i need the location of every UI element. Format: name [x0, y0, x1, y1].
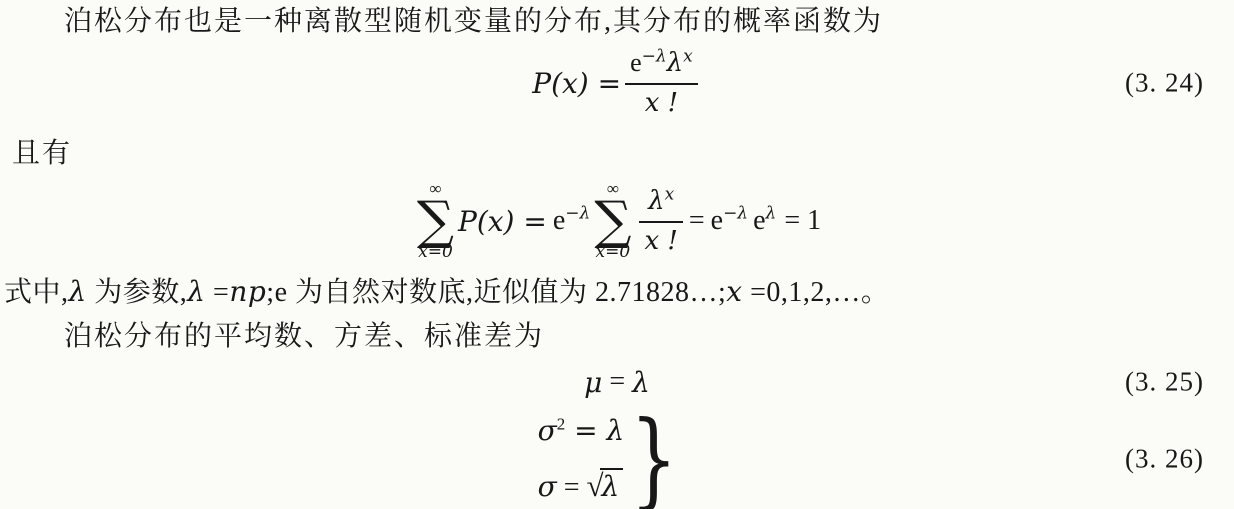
exponent-x: x — [683, 46, 693, 66]
system-lines: σ2 = λ σ = √λ — [538, 414, 625, 504]
exponent-lambda: λ — [766, 204, 777, 224]
paragraph-connector: 且有 — [0, 124, 1234, 171]
sd-line: σ = √λ — [538, 468, 624, 504]
euler-e: e — [630, 48, 642, 77]
exponent-minus-lambda: −λ — [642, 46, 667, 66]
e-term-2: e−λ — [711, 205, 748, 237]
equation-number-3-26: (3. 26) — [1125, 444, 1204, 475]
paragraph-intro: 泊松分布也是一种离散型随机变量的分布,其分布的概率函数为 — [0, 0, 1234, 39]
equation-sum-identity: ∞ ∑ x=0 P(x) = e−λ ∞ ∑ x=0 λx x ! = e−λ — [0, 175, 1234, 267]
fraction-denominator: x ! — [639, 223, 682, 258]
square-root: √λ — [587, 468, 624, 504]
exponent-minus-lambda-1: −λ — [565, 204, 590, 224]
exponent-minus-lambda-2: −λ — [723, 204, 748, 224]
np-variable: np — [229, 275, 266, 308]
exponent-x: x — [665, 184, 675, 204]
textbook-page: 泊松分布也是一种离散型随机变量的分布,其分布的概率函数为 P(x) = e−λλ… — [0, 0, 1234, 509]
sigma-sum-icon: ∑ — [417, 199, 454, 243]
fraction: λx x ! — [639, 185, 682, 257]
radicand-lambda: λ — [600, 468, 624, 503]
e-term-3: eλ — [753, 205, 776, 237]
sigma-sum-icon: ∑ — [594, 199, 631, 243]
explain-text: ;e 为自然对数底,近似值为 2.71828…; — [266, 277, 726, 308]
fraction-denominator: x ! — [625, 85, 698, 120]
fraction-numerator: λx — [639, 185, 682, 223]
formula-sum-identity: ∞ ∑ x=0 P(x) = e−λ ∞ ∑ x=0 λx x ! = e−λ — [413, 175, 821, 267]
explain-text: =0,1,2,…。 — [743, 277, 890, 308]
variance-rhs: = λ — [565, 414, 624, 447]
summation-2-lower-limit: x=0 — [596, 243, 631, 262]
right-brace: } — [630, 410, 678, 509]
sigma-symbol: σ — [538, 414, 557, 447]
pmf-lhs: P(x) = — [532, 67, 621, 100]
explain-text: 式中, — [4, 277, 69, 308]
fraction-numerator: e−λλx — [625, 47, 698, 85]
equals-one: = 1 — [784, 205, 821, 237]
summation-2: ∞ ∑ x=0 — [594, 180, 631, 262]
x-variable: x — [726, 275, 742, 308]
exponent-2: 2 — [557, 415, 566, 434]
summation-1: ∞ ∑ x=0 — [417, 180, 454, 262]
formula-poisson-pmf: P(x) = e−λλx x ! — [532, 42, 702, 124]
equation-3-24: P(x) = e−λλx x ! (3. 24) — [0, 42, 1234, 124]
lambda-symbol: λ — [187, 275, 205, 308]
lambda-symbol: λ — [667, 48, 683, 78]
equation-system: σ2 = λ σ = √λ } — [538, 410, 697, 509]
fraction: e−λλx x ! — [625, 47, 698, 119]
explain-text: 为参数, — [87, 277, 188, 308]
lambda-symbol: λ — [69, 275, 87, 308]
paragraph-explain: 式中,λ 为参数,λ =np;e 为自然对数底,近似值为 2.71828…;x … — [0, 267, 1234, 310]
equals-sign: = — [689, 205, 705, 237]
equation-number-3-24: (3. 24) — [1125, 68, 1204, 99]
equals-sign: = — [557, 472, 587, 503]
euler-e-3: e — [753, 205, 765, 236]
formula-variance-sd: σ2 = λ σ = √λ } — [538, 405, 697, 509]
equals-sign: = — [602, 366, 632, 398]
equation-number-3-25: (3. 25) — [1125, 367, 1204, 398]
summation-1-lower-limit: x=0 — [418, 243, 453, 262]
euler-e-1: e — [553, 205, 565, 236]
euler-e-2: e — [711, 205, 723, 236]
lambda-symbol: λ — [648, 186, 664, 216]
lambda-symbol: λ — [632, 366, 650, 399]
mu-symbol: μ — [584, 366, 602, 399]
paragraph-stats-intro: 泊松分布的平均数、方差、标准差为 — [0, 310, 1234, 354]
equation-3-25: μ = λ (3. 25) — [0, 361, 1234, 403]
sum-lhs: P(x) = — [458, 205, 547, 238]
e-term-1: e−λ — [553, 205, 590, 237]
explain-text: = — [206, 277, 230, 308]
equation-3-26: σ2 = λ σ = √λ } (3. 26) — [0, 405, 1234, 509]
sigma-symbol: σ — [538, 470, 557, 503]
variance-line: σ2 = λ — [538, 414, 625, 448]
